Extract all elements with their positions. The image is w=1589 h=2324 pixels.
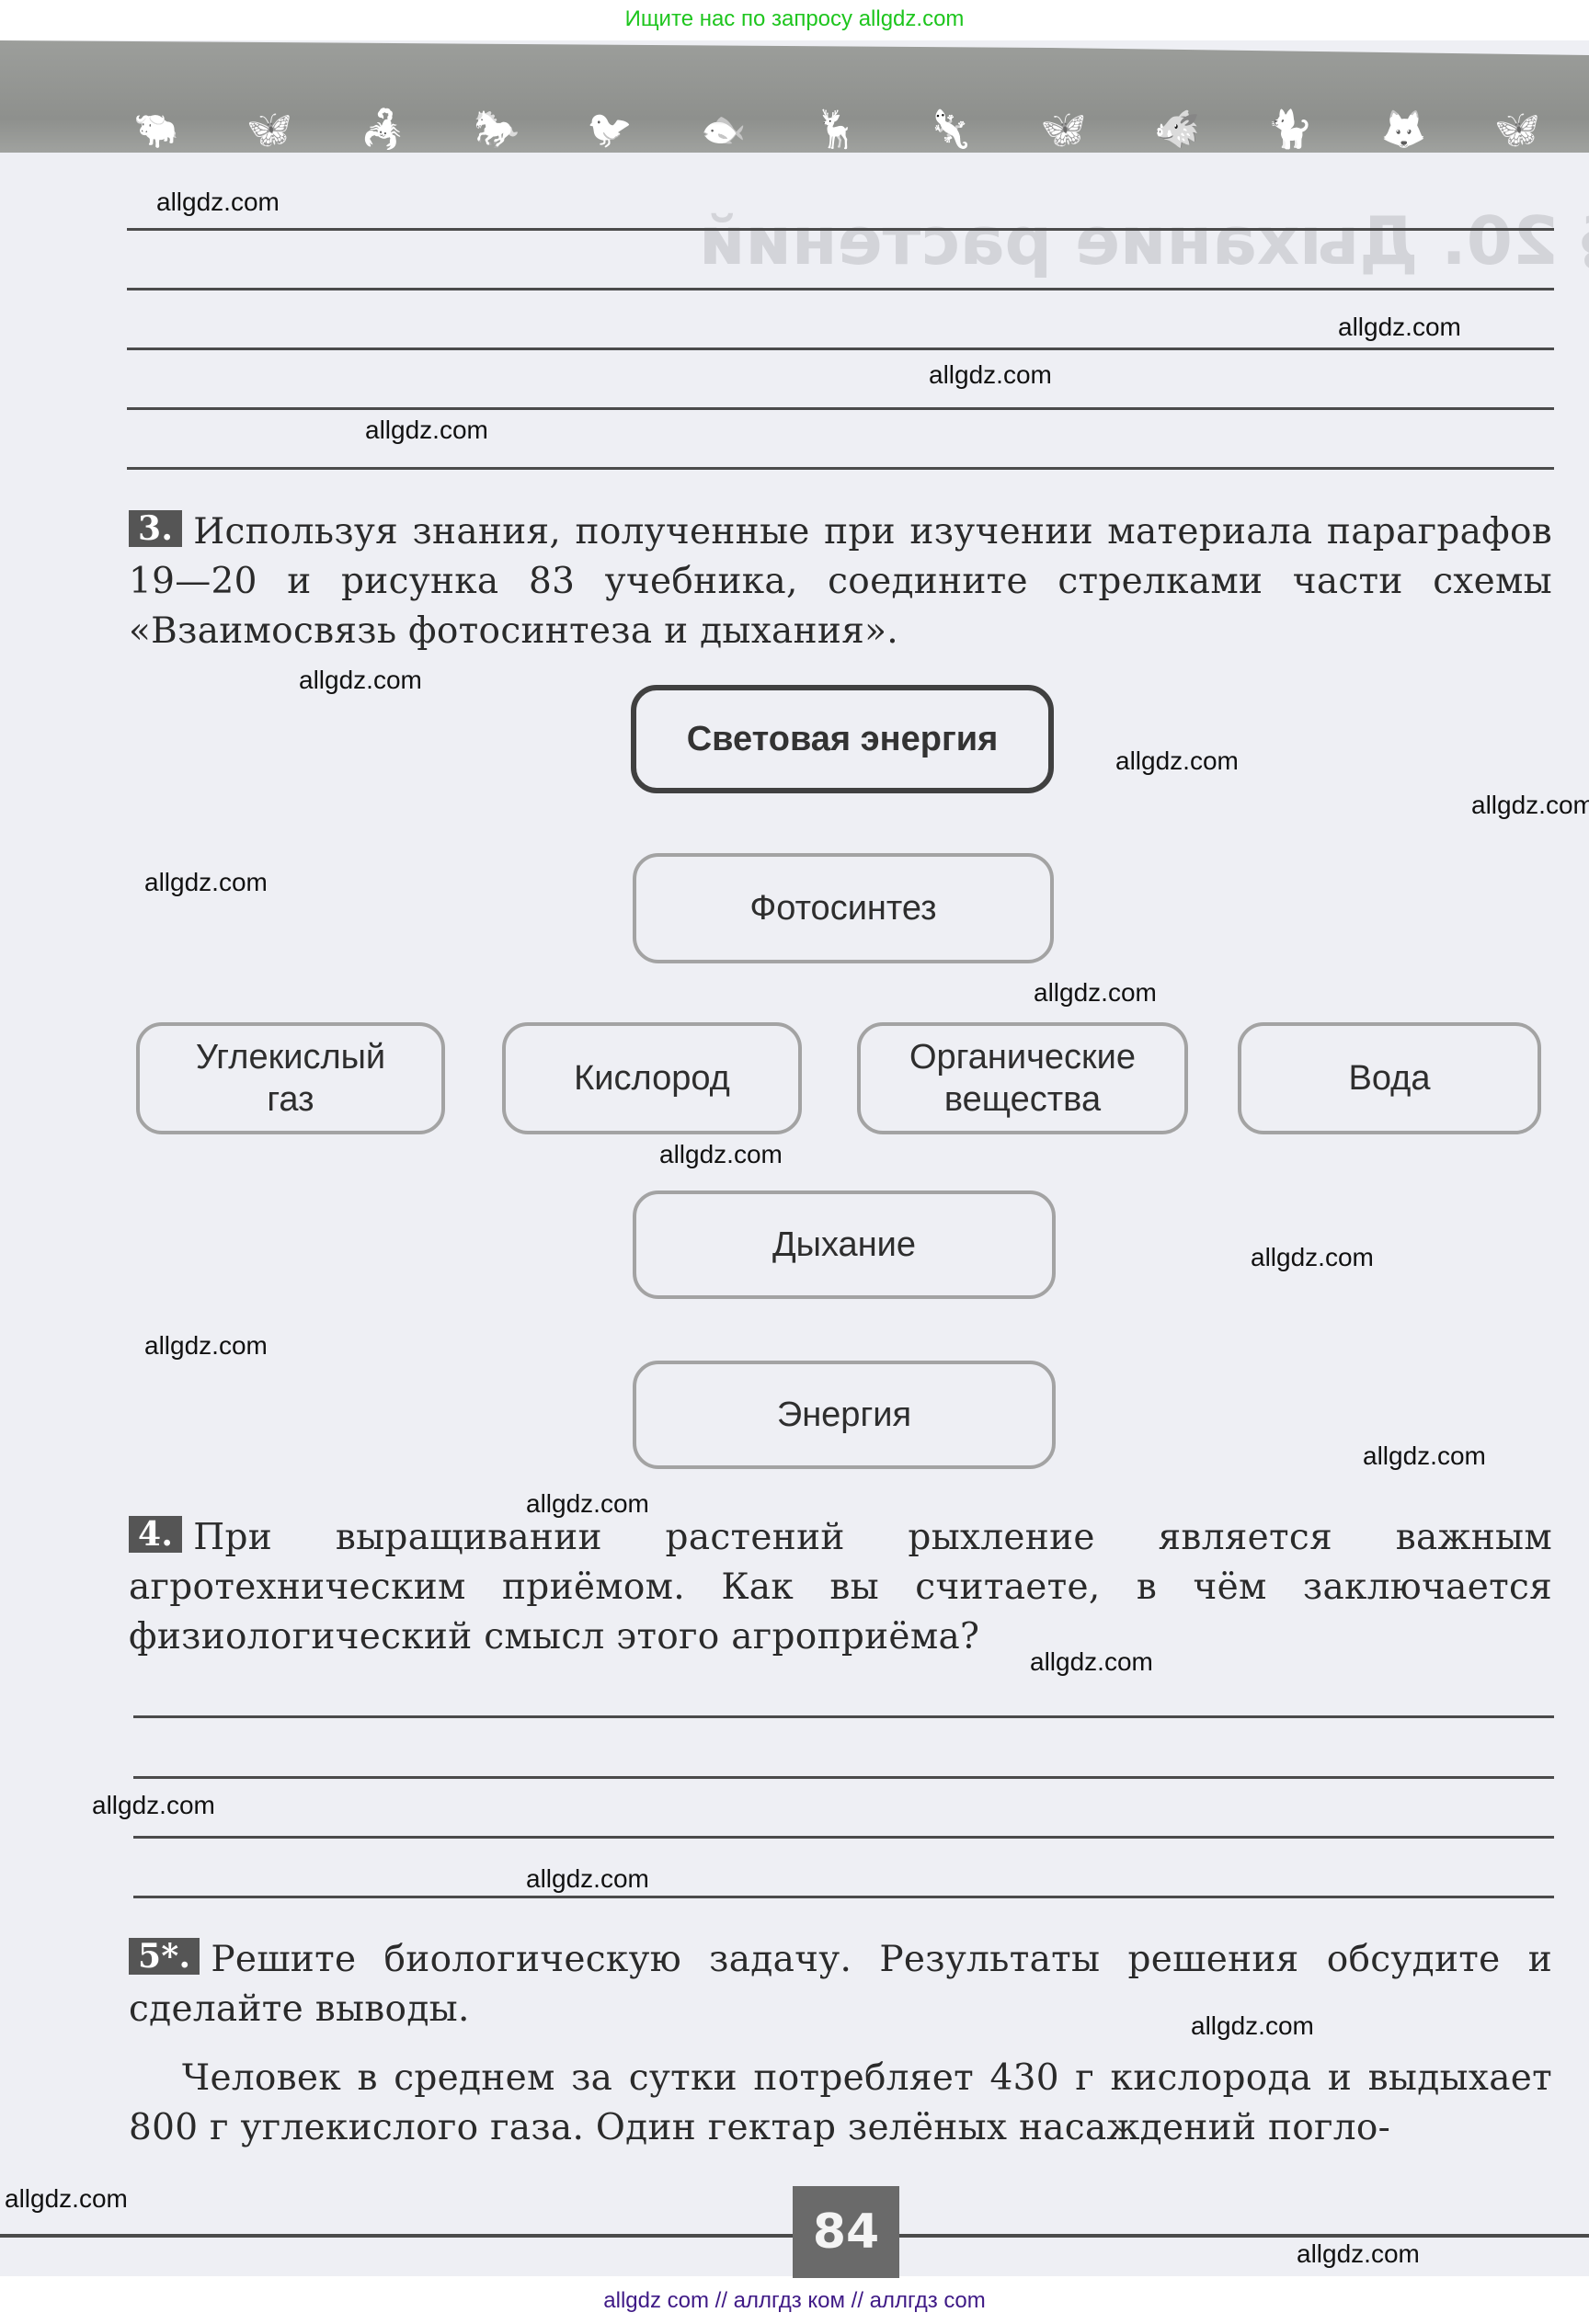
bottom-watermark-banner[interactable]: allgdz com // аллгдз ком // аллгдз com <box>0 2278 1589 2324</box>
antelope-icon: 🦌 <box>809 108 864 152</box>
watermark: allgdz.com <box>365 416 488 445</box>
scheme-node-carbon-dioxide[interactable]: Углекислыйгаз <box>136 1022 445 1134</box>
watermark: allgdz.com <box>1030 1647 1153 1677</box>
watermark: allgdz.com <box>1297 2239 1420 2269</box>
watermark: allgdz.com <box>659 1140 783 1169</box>
watermark: allgdz.com <box>144 868 268 897</box>
animal-silhouettes: 🐃🦋🦂🐎🐦🐟🦌🦎🦋🐗🐈🦊🦋 <box>129 101 1545 152</box>
cat-icon: 🐈 <box>1263 108 1318 152</box>
horse-icon: 🐎 <box>469 108 524 152</box>
page-number: 84 <box>793 2186 899 2278</box>
watermark: allgdz.com <box>5 2184 128 2214</box>
answer-line[interactable] <box>133 1896 1554 1898</box>
watermark: allgdz.com <box>1115 746 1239 776</box>
answer-line[interactable] <box>133 1776 1554 1779</box>
watermark: allgdz.com <box>1251 1243 1374 1272</box>
task-3-text: Используя знания, полученные при изучени… <box>129 511 1552 652</box>
watermark: allgdz.com <box>1338 313 1461 342</box>
lizard-icon: 🦎 <box>922 108 977 152</box>
answer-line <box>127 288 1554 290</box>
moth-icon: 🦋 <box>1036 108 1092 152</box>
watermark: allgdz.com <box>156 188 280 217</box>
scheme-node-oxygen[interactable]: Кислород <box>502 1022 802 1134</box>
scheme-node-photosynthesis[interactable]: Фотосинтез <box>633 853 1054 963</box>
scheme-node-water[interactable]: Вода <box>1238 1022 1541 1134</box>
task-number-badge: 5*. <box>129 1938 200 1975</box>
task-number-badge: 3. <box>129 510 182 547</box>
scheme-node-energy[interactable]: Энергия <box>633 1361 1056 1469</box>
watermark: allgdz.com <box>1034 978 1157 1008</box>
watermark: allgdz.com <box>1363 1441 1486 1471</box>
task-4-text: При выращивании растений рыхление являет… <box>129 1517 1552 1658</box>
bison-icon: 🐃 <box>129 108 184 152</box>
answer-line <box>127 407 1554 410</box>
watermark: allgdz.com <box>929 360 1052 390</box>
task-number-badge: 4. <box>129 1516 182 1553</box>
watermark: allgdz.com <box>1191 2011 1314 2041</box>
watermark: allgdz.com <box>526 1864 649 1894</box>
scheme-node-organic-substances[interactable]: Органическиевещества <box>857 1022 1188 1134</box>
answer-line <box>127 228 1554 231</box>
butterfly-icon: 🦋 <box>1490 108 1545 152</box>
watermark: allgdz.com <box>92 1791 215 1820</box>
bird-icon: 🐦 <box>582 108 637 152</box>
task-5-problem: Человек в среднем за сутки потребляет 43… <box>129 2054 1552 2153</box>
boar-icon: 🐗 <box>1149 108 1205 152</box>
task-5: 5*.Решите биологическую задачу. Результа… <box>129 1935 1552 2034</box>
bleed-through-heading: § 20. Дыхание растений <box>699 202 1589 279</box>
scorpion-icon: 🦂 <box>356 108 411 152</box>
answer-line[interactable] <box>133 1715 1554 1718</box>
watermark: allgdz.com <box>299 666 422 695</box>
top-watermark-banner[interactable]: Ищите нас по запросу allgdz.com <box>0 0 1589 39</box>
scheme-node-light-energy[interactable]: Световая энергия <box>631 685 1054 793</box>
task-3: 3.Используя знания, полученные при изуче… <box>129 507 1552 656</box>
scheme-node-respiration[interactable]: Дыхание <box>633 1190 1056 1299</box>
answer-line[interactable] <box>133 1836 1554 1839</box>
fox-icon: 🦊 <box>1377 108 1432 152</box>
fish-icon: 🐟 <box>696 108 751 152</box>
answer-line <box>127 347 1554 350</box>
butterfly-icon: 🦋 <box>242 108 297 152</box>
task-4: 4.При выращивании растений рыхление явля… <box>129 1513 1552 1662</box>
watermark: allgdz.com <box>526 1489 649 1519</box>
watermark: allgdz.com <box>1471 791 1589 820</box>
answer-line <box>127 467 1554 470</box>
watermark: allgdz.com <box>144 1331 268 1361</box>
task-5-text: Решите биологическую задачу. Результаты … <box>129 1939 1552 2030</box>
